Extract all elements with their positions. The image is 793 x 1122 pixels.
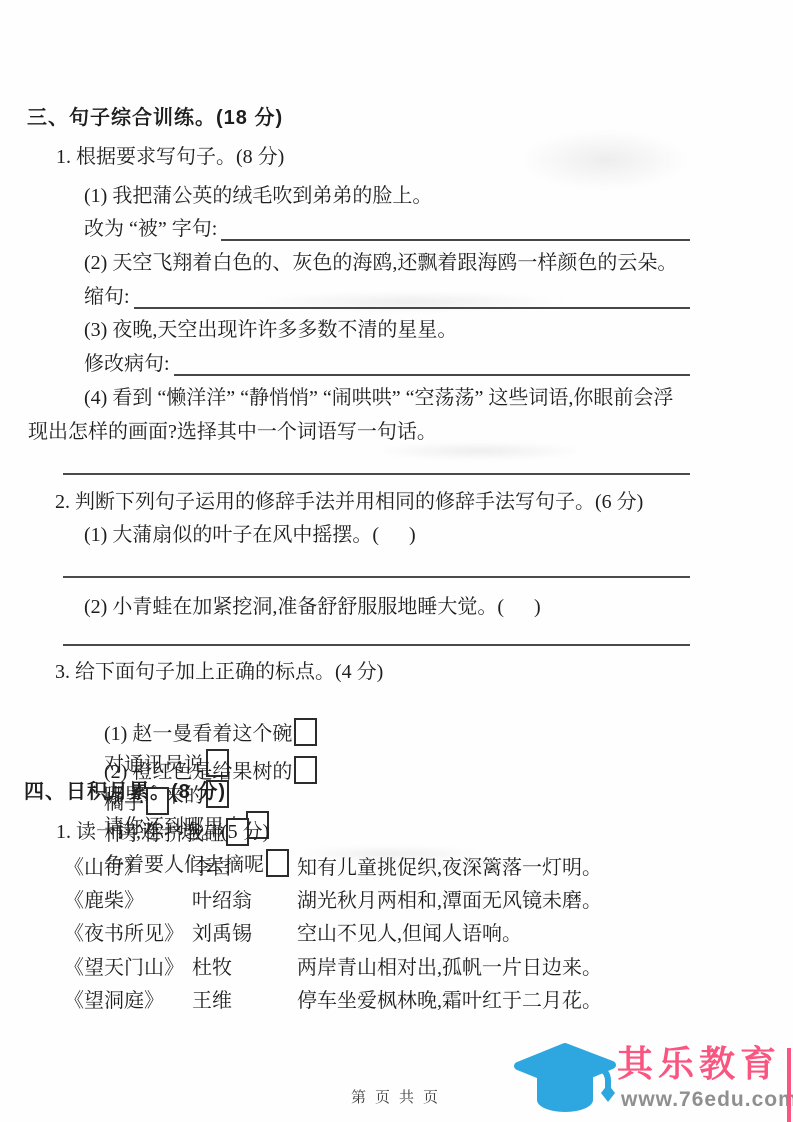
poem-poet: 杜牧 [192, 955, 297, 982]
poem-verse: 知有儿童挑促织,夜深篱落一灯明。 [297, 855, 602, 882]
q1-item2-label: 缩句: [84, 284, 130, 311]
answer-blank [221, 238, 690, 241]
q1-item2-answer-row: 缩句: [84, 284, 690, 311]
page-indicator: 第页共页 [351, 1086, 447, 1107]
poem-title: 《望洞庭》 [64, 988, 192, 1015]
q1-item2-sentence: (2) 天空飞翔着白色的、灰色的海鸥,还飘着跟海鸥一样颜色的云朵。 [84, 250, 677, 277]
poem-verse: 停车坐爱枫林晚,霜叶红于二月花。 [297, 988, 602, 1015]
q1-item1-sentence: (1) 我把蒲公英的绒毛吹到弟弟的脸上。 [84, 183, 432, 210]
section3-heading: 三、句子综合训练。(18 分) [27, 105, 283, 132]
q1-item1-answer-row: 改为 “被” 字句: [84, 216, 690, 243]
answer-line [63, 473, 690, 475]
answer-line [63, 576, 690, 578]
q1-item1-label: 改为 “被” 字句: [84, 216, 217, 243]
poem-match-row: 《望洞庭》 王维 停车坐爱枫林晚,霜叶红于二月花。 [64, 988, 602, 1015]
q2-heading: 2. 判断下列句子运用的修辞手法并用相同的修辞手法写句子。(6 分) [55, 489, 643, 516]
poem-verse: 空山不见人,但闻人语响。 [297, 921, 522, 948]
poem-match-row: 《山行》 李白 知有儿童挑促织,夜深篱落一灯明。 [64, 855, 602, 882]
poem-verse: 两岸青山相对出,孤帆一片日边来。 [297, 955, 602, 982]
q1-item4-line2: 现出怎样的画面?选择其中一个词语写一句话。 [28, 419, 437, 446]
poem-poet: 刘禹锡 [192, 921, 297, 948]
q4-heading: 1. 读一读,连一连。(5 分) [56, 819, 269, 846]
brand-name: 其乐教育 [617, 1044, 781, 1084]
poem-title: 《鹿柴》 [64, 888, 192, 915]
poem-poet: 王维 [192, 988, 297, 1015]
q1-item4-line1: (4) 看到 “懒洋洋” “静悄悄” “闹哄哄” “空荡荡” 这些词语,你眼前会… [84, 385, 673, 412]
q3-heading: 3. 给下面句子加上正确的标点。(4 分) [55, 659, 383, 686]
answer-line [63, 644, 690, 646]
poem-poet: 李白 [192, 855, 297, 882]
q2-item2-sentence: (2) 小青蛙在加紧挖洞,准备舒舒服服地睡大觉。( ) [84, 594, 541, 621]
scan-bleed-artifact [520, 130, 690, 190]
q1-heading: 1. 根据要求写句子。(8 分) [56, 144, 284, 171]
poem-match-row: 《望天门山》 杜牧 两岸青山相对出,孤帆一片日边来。 [64, 955, 602, 982]
q1-item3-label: 修改病句: [84, 351, 170, 378]
poem-title: 《望天门山》 [64, 955, 192, 982]
q1-item3-answer-row: 修改病句: [84, 351, 690, 378]
punctuation-box [294, 756, 317, 784]
section4-heading: 四、日积月累。(8 分) [24, 779, 226, 806]
test-paper-page: 三、句子综合训练。(18 分) 1. 根据要求写句子。(8 分) (1) 我把蒲… [0, 0, 793, 1122]
poem-title: 《夜书所见》 [64, 921, 192, 948]
answer-blank [134, 306, 690, 309]
brand-url: www.76edu.com [621, 1089, 793, 1111]
poem-match-row: 《夜书所见》 刘禹锡 空山不见人,但闻人语响。 [64, 921, 522, 948]
answer-blank [174, 373, 690, 376]
poem-poet: 叶绍翁 [192, 888, 297, 915]
poem-verse: 湖光秋月两相和,潭面无风镜未磨。 [297, 888, 602, 915]
poem-title: 《山行》 [64, 855, 192, 882]
q1-item3-sentence: (3) 夜晚,天空出现许许多多数不清的星星。 [84, 317, 457, 344]
poem-match-row: 《鹿柴》 叶绍翁 湖光秋月两相和,潭面无风镜未磨。 [64, 888, 602, 915]
q2-item1-sentence: (1) 大蒲扇似的叶子在风中摇摆。( ) [84, 522, 416, 549]
pink-edge-bar [787, 1048, 791, 1122]
q3-item2-row: (2) 橙红色是给果树的 橘子 柿子你挤我碰 争着要人们去摘呢 [84, 726, 319, 910]
graduation-cap-icon [511, 1040, 619, 1121]
